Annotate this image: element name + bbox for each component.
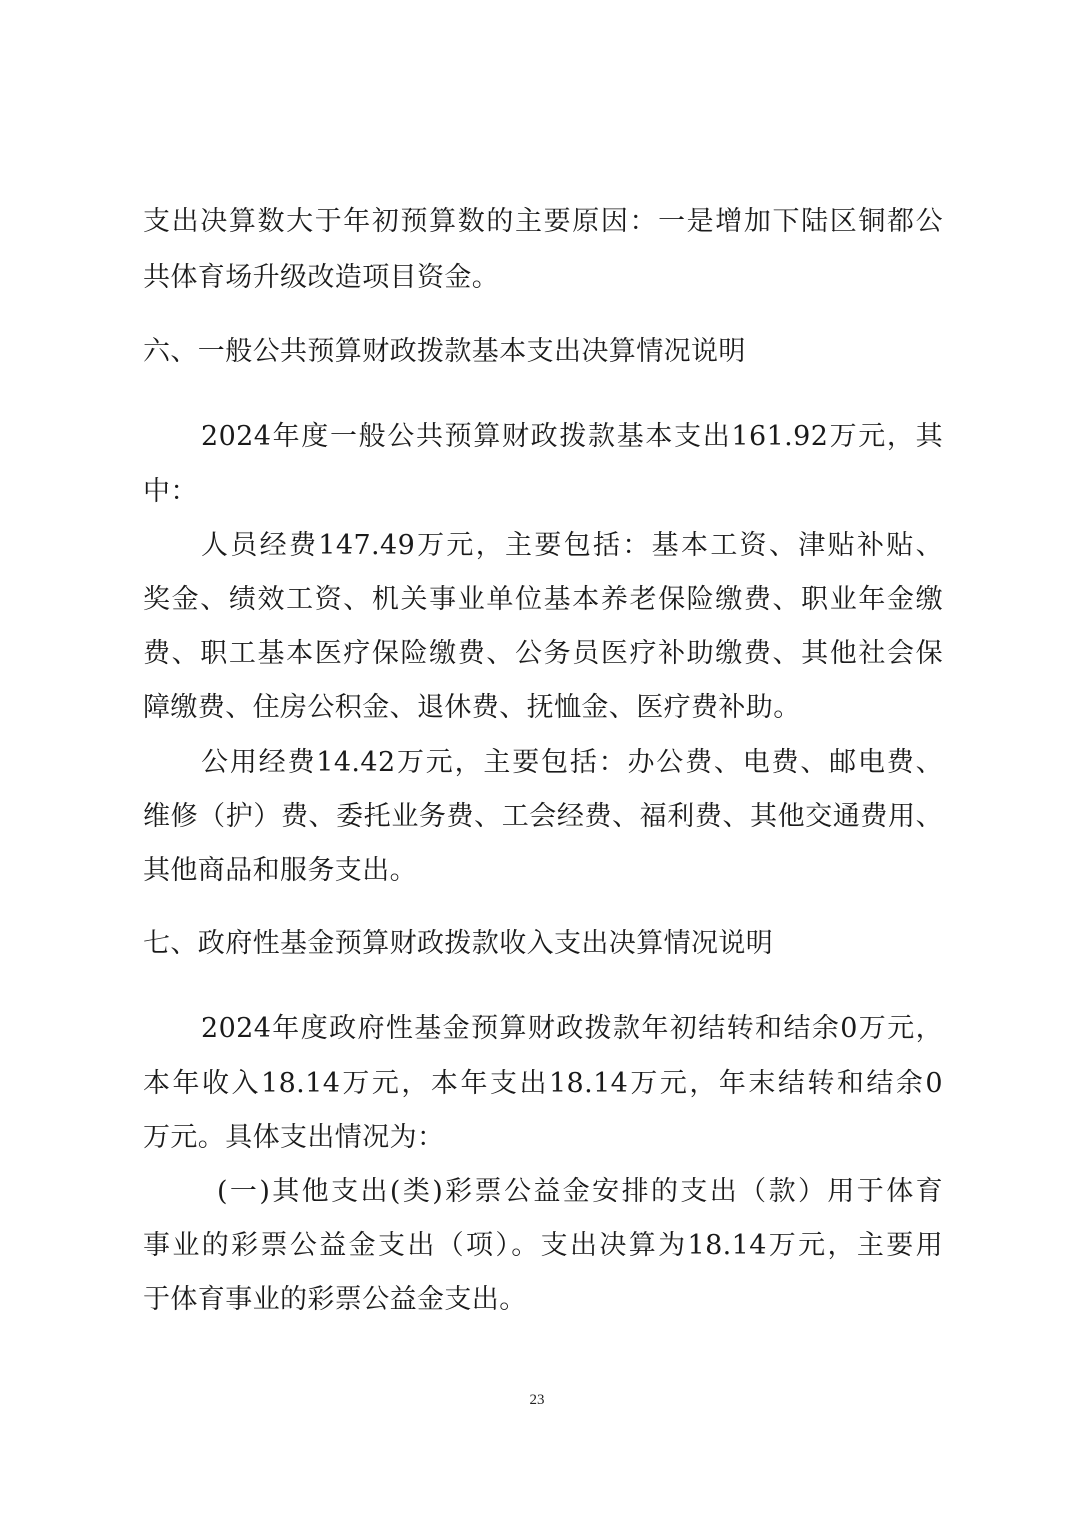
document-page: 支出决算数大于年初预算数的主要原因：一是增加下陆区铜都公 共体育场升级改造项目资… — [0, 0, 1074, 1520]
paragraph-line: 于体育事业的彩票公益金支出。 — [143, 1284, 943, 1316]
paragraph-line: 万元。具体支出情况为： — [143, 1122, 943, 1154]
paragraph-line: 维修（护）费、委托业务费、工会经费、福利费、其他交通费用、 — [143, 801, 943, 833]
paragraph-line: 2024年度政府性基金预算财政拨款年初结转和结余0万元， — [143, 1013, 943, 1045]
paragraph-line: 其他商品和服务支出。 — [143, 855, 943, 887]
paragraph-line: 费、职工基本医疗保险缴费、公务员医疗补助缴费、其他社会保 — [143, 638, 943, 670]
paragraph-line: 障缴费、住房公积金、退休费、抚恤金、医疗费补助。 — [143, 692, 943, 724]
paragraph-line: 公用经费14.42万元，主要包括：办公费、电费、邮电费、 — [143, 747, 943, 779]
paragraph-line: 奖金、绩效工资、机关事业单位基本养老保险缴费、职业年金缴 — [143, 584, 943, 616]
paragraph-line: 支出决算数大于年初预算数的主要原因：一是增加下陆区铜都公 — [143, 206, 943, 238]
paragraph-line: (一)其他支出(类)彩票公益金安排的支出（款）用于体育 — [143, 1176, 943, 1208]
page-number: 23 — [0, 1392, 1074, 1409]
paragraph-line: 人员经费147.49万元，主要包括：基本工资、津贴补贴、 — [143, 530, 943, 562]
paragraph-line: 本年收入18.14万元，本年支出18.14万元，年末结转和结余0 — [143, 1068, 943, 1100]
paragraph-line: 事业的彩票公益金支出（项）。支出决算为18.14万元，主要用 — [143, 1230, 943, 1262]
section-heading-6: 六、一般公共预算财政拨款基本支出决算情况说明 — [143, 336, 943, 368]
section-heading-7: 七、政府性基金预算财政拨款收入支出决算情况说明 — [143, 928, 943, 960]
paragraph-line: 中： — [143, 476, 943, 508]
paragraph-line: 共体育场升级改造项目资金。 — [143, 262, 943, 294]
paragraph-line: 2024年度一般公共预算财政拨款基本支出161.92万元，其 — [143, 421, 943, 453]
